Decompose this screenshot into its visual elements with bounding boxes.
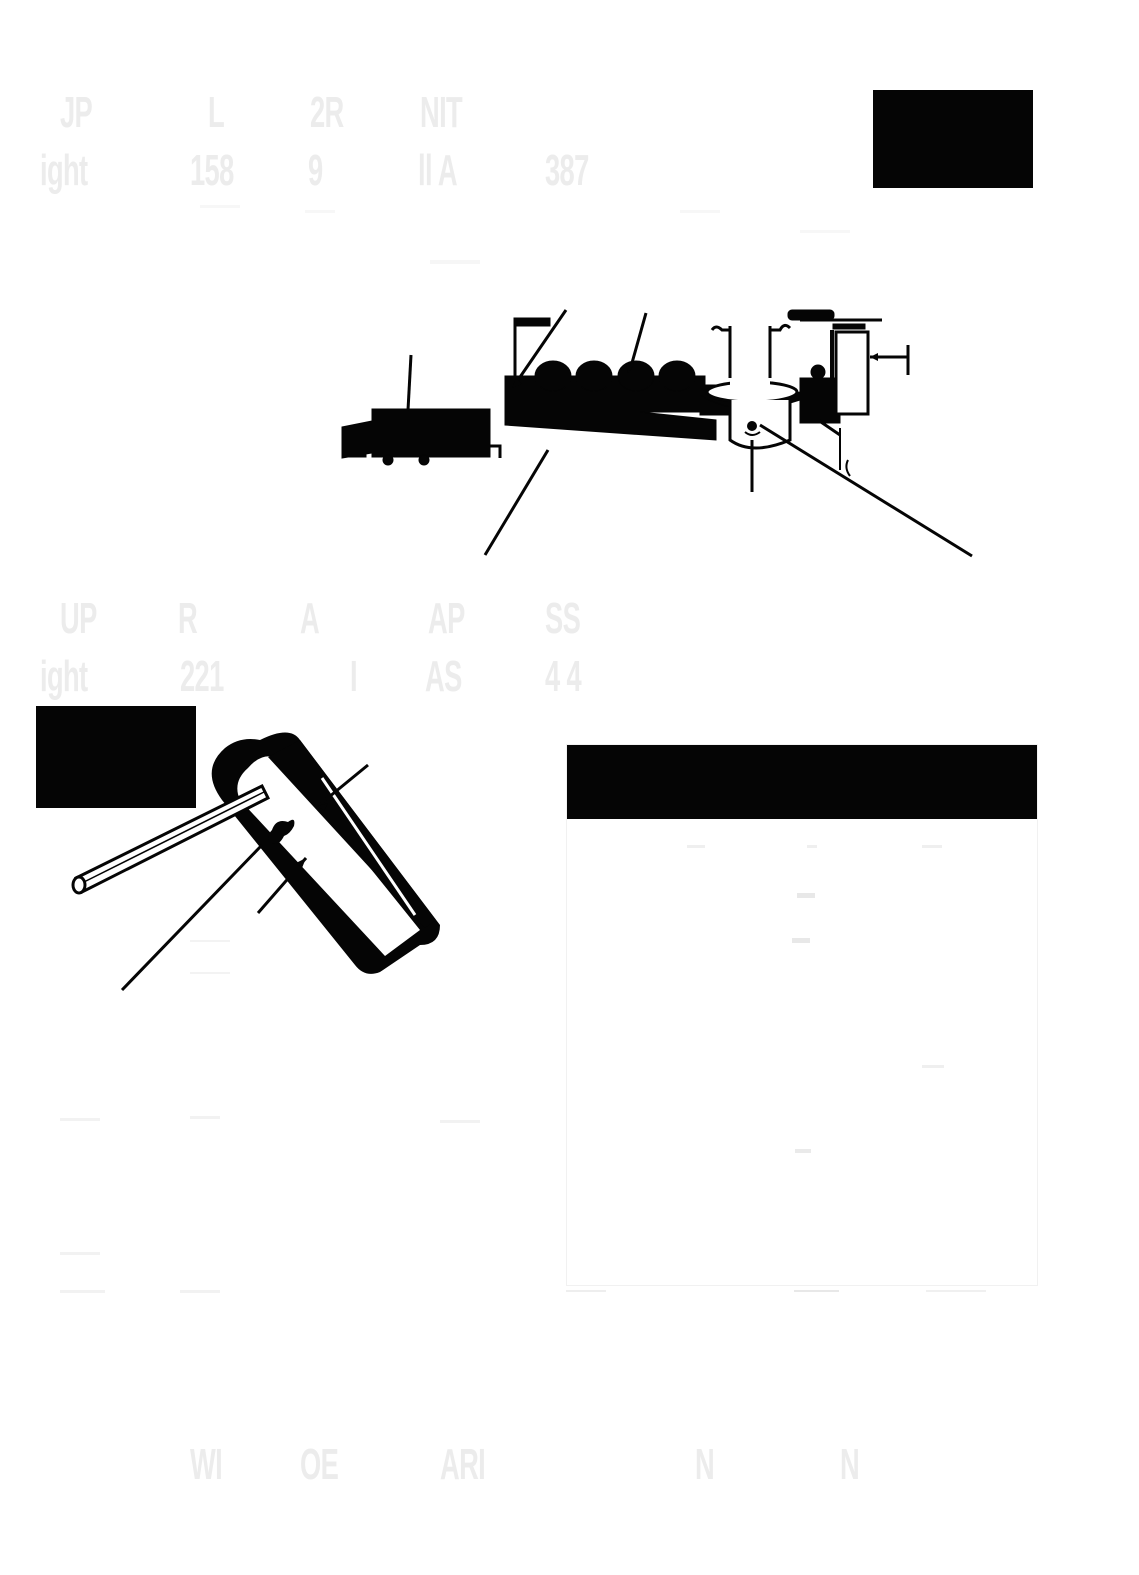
headline-fragment: N [695,1440,714,1490]
figure-2-faint-tag [190,940,230,974]
spec-table-header [567,745,1037,819]
headline-fragment: ARI [440,1440,485,1490]
spec-table [566,744,1038,1286]
lower-left-text-block [50,1090,530,1420]
headline-fragment: N [840,1440,859,1490]
lower-right-text-block [566,1290,1036,1410]
headline-fragment: WI [190,1440,222,1490]
headline-fragment: OE [300,1440,338,1490]
